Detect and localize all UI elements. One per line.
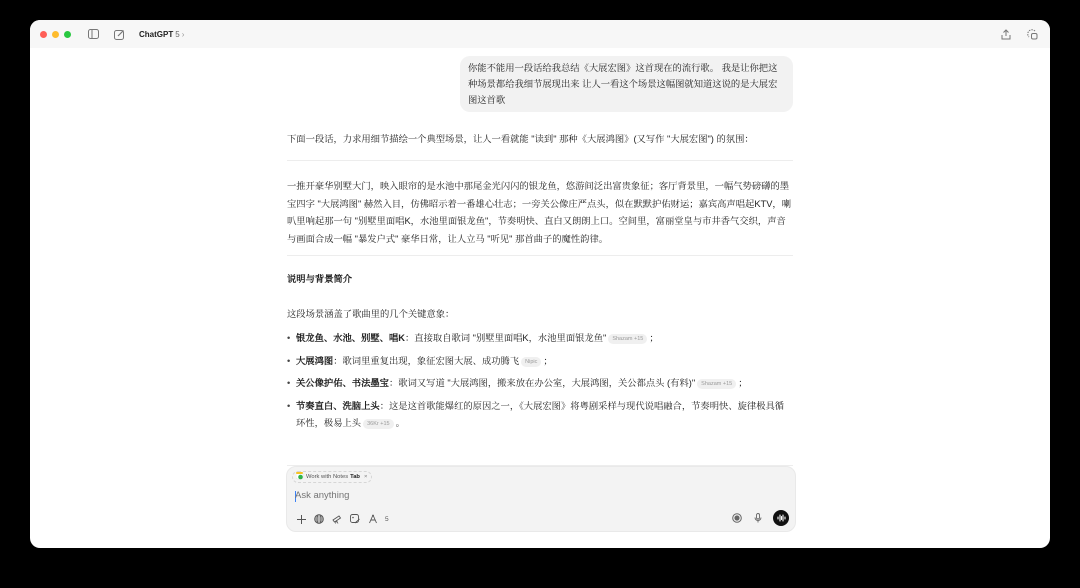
- notes-app-icon: [296, 472, 304, 482]
- citation-badge[interactable]: Shazam +15: [697, 379, 736, 389]
- list-item: 大展鸿图：歌词里重复出现，象征宏图大展、成功腾飞Nipic；: [287, 353, 793, 371]
- assistant-intro: 下面一段话，力求用细节描绘一个典型场景，让人一看就能 "读到" 那种《大展鸿图》…: [287, 131, 793, 149]
- citation-badge[interactable]: Shazam +15: [608, 334, 647, 344]
- globe-icon[interactable]: [313, 513, 325, 525]
- section-intro: 这段场景涵盖了歌曲里的几个关键意象：: [287, 306, 793, 324]
- new-chat-icon[interactable]: [113, 28, 125, 40]
- sidebar-toggle-icon[interactable]: [87, 28, 99, 40]
- bullet-end: 。: [396, 418, 405, 428]
- bullet-text: ：歌词里重复出现，象征宏图大展、成功腾飞: [333, 356, 519, 366]
- voice-mode-button[interactable]: [773, 510, 789, 526]
- tools-count: 5: [385, 516, 389, 523]
- list-item: 关公像护佑、书法墨宝：歌词又写道 "大展鸿图，搬来放在办公室，大展鸿图，关公都点…: [287, 375, 793, 393]
- assistant-scene-paragraph: 一推开豪华别墅大门，映入眼帘的是水池中那尾金光闪闪的银龙鱼，悠游间泛出富贵象征；…: [287, 178, 793, 248]
- plus-icon[interactable]: [295, 513, 307, 525]
- bullet-end: ；: [738, 378, 747, 388]
- divider: [287, 160, 793, 161]
- bullet-term: 银龙鱼、水池、别墅、唱K: [296, 333, 405, 343]
- microphone-icon[interactable]: [752, 512, 764, 524]
- agent-tools-icon[interactable]: [367, 513, 379, 525]
- bullet-text: ：直接取自歌词 "别墅里面唱K，水池里面银龙鱼": [405, 333, 606, 343]
- image-edit-icon[interactable]: [349, 513, 361, 525]
- user-message: 你能不能用一段话给我总结《大展宏图》这首现在的流行歌。 我是让你把这种场景都给我…: [460, 56, 793, 112]
- bullet-term: 关公像护佑、书法墨宝: [296, 378, 389, 388]
- message-input[interactable]: [295, 490, 695, 501]
- record-icon[interactable]: [731, 512, 743, 524]
- title-bar: ChatGPT 5 ›: [30, 20, 1050, 48]
- bullet-text: ：歌词又写道 "大展鸿图，搬来放在办公室，大展鸿图，关公都点头 (有料)": [389, 378, 695, 388]
- model-version: 5: [175, 30, 179, 39]
- list-item: 银龙鱼、水池、别墅、唱K：直接取自歌词 "别墅里面唱K，水池里面银龙鱼"Shaz…: [287, 330, 793, 348]
- app-title: ChatGPT: [139, 30, 173, 39]
- minimize-window-button[interactable]: [52, 31, 59, 38]
- maximize-window-button[interactable]: [64, 31, 71, 38]
- waveform-icon: [777, 514, 786, 522]
- divider: [287, 255, 793, 256]
- temporary-chat-icon[interactable]: [1026, 28, 1038, 40]
- window-controls: [40, 31, 71, 38]
- bullet-end: ；: [543, 356, 552, 366]
- chevron-right-icon: ›: [182, 30, 185, 39]
- composer: Work with Notes Tab × 5: [286, 466, 796, 532]
- key-imagery-list: 银龙鱼、水池、别墅、唱K：直接取自歌词 "别墅里面唱K，水池里面银龙鱼"Shaz…: [287, 330, 793, 438]
- chip-label-bold: Tab: [350, 474, 360, 480]
- telescope-icon[interactable]: [331, 513, 343, 525]
- list-item: 节奏直白、洗脑上头：这是这首歌能爆红的原因之一，《大展宏图》将粤剧采样与现代说唱…: [287, 398, 793, 433]
- section-heading: 说明与背景简介: [287, 271, 793, 289]
- chatgpt-window: ChatGPT 5 › 你能不能用一段话给我总结《大展宏图》这首现在的流行歌。 …: [30, 20, 1050, 548]
- citation-badge[interactable]: Nipic: [521, 357, 541, 367]
- citation-badge[interactable]: 36Kr +15: [363, 419, 393, 429]
- notes-context-chip[interactable]: Work with Notes Tab ×: [292, 471, 372, 483]
- bullet-term: 大展鸿图: [296, 356, 333, 366]
- model-selector[interactable]: ChatGPT 5 ›: [139, 30, 184, 39]
- share-icon[interactable]: [1000, 28, 1012, 40]
- close-window-button[interactable]: [40, 31, 47, 38]
- bullet-end: ；: [649, 333, 658, 343]
- chip-close-icon[interactable]: ×: [364, 474, 367, 480]
- bullet-term: 节奏直白、洗脑上头: [296, 401, 380, 411]
- chip-label: Work with Notes: [306, 474, 348, 480]
- composer-tools: 5: [295, 513, 389, 525]
